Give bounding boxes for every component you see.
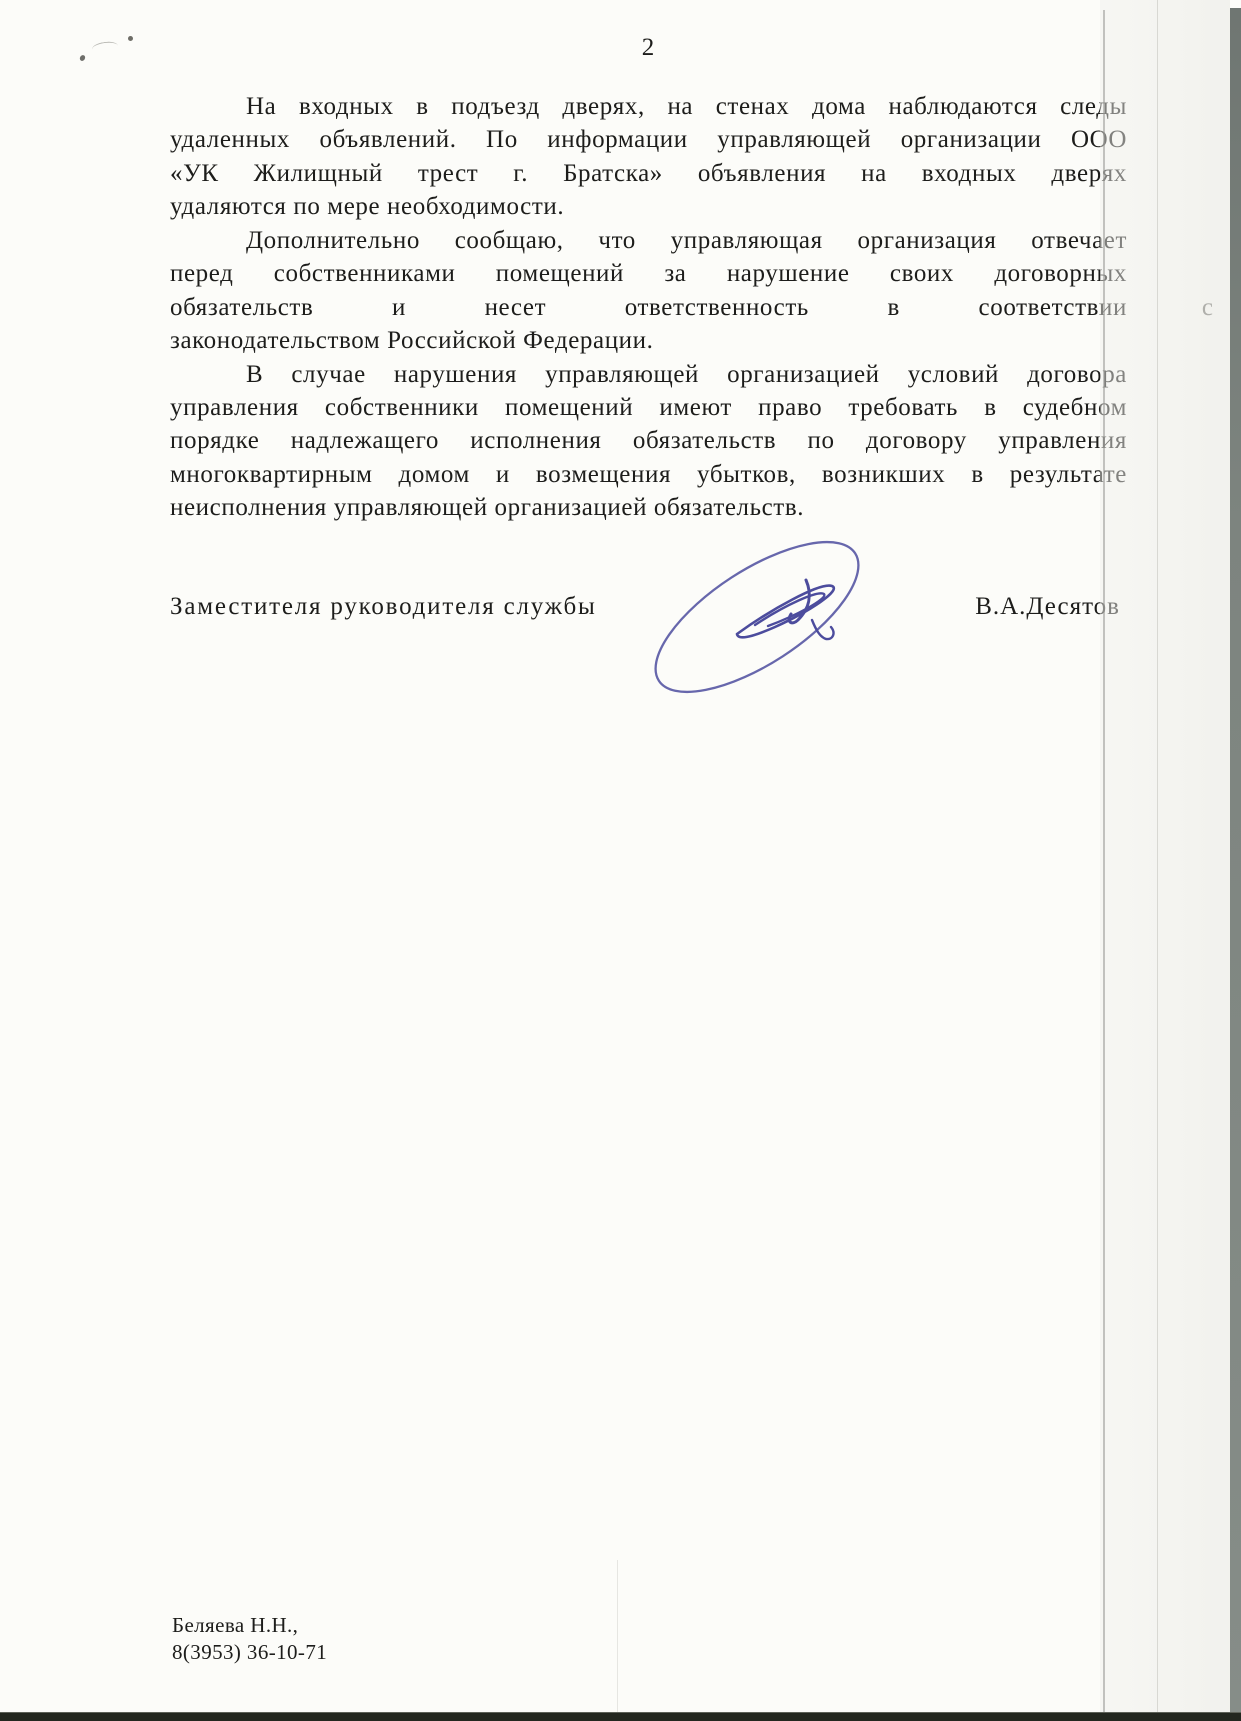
pen-mark bbox=[79, 54, 86, 62]
text-line: порядке надлежащего исполнения обязатель… bbox=[170, 424, 1127, 457]
text-line: многоквартирным домом и возмещения убытк… bbox=[170, 458, 1127, 491]
text-line: «УК Жилищный трест г. Братска» объявлени… bbox=[170, 157, 1127, 190]
scan-edge-right bbox=[1230, 8, 1241, 1721]
scanned-document-page: 2 На входных в подъезд дверях, на стенах… bbox=[0, 0, 1241, 1721]
fold-line bbox=[617, 1560, 618, 1712]
text-line: удаляются по мере необходимости. bbox=[170, 190, 1127, 223]
text-line: удаленных объявлений. По информации упра… bbox=[170, 123, 1127, 156]
signature-title: Заместителя руководителя службы bbox=[170, 592, 597, 622]
page-number: 2 bbox=[170, 34, 1127, 62]
signature-ink bbox=[640, 528, 880, 703]
pen-mark bbox=[128, 36, 133, 41]
paragraph: В случае нарушения управляющей организац… bbox=[170, 358, 1127, 525]
fold-line bbox=[1103, 10, 1105, 1715]
footer-contact: Беляева Н.Н., 8(3953) 36-10-71 bbox=[172, 1612, 327, 1666]
pen-mark bbox=[91, 40, 118, 55]
text-line: законодательством Российской Федерации. bbox=[170, 324, 1127, 357]
scan-edge-bottom bbox=[0, 1712, 1241, 1721]
text-line: управления собственники помещений имеют … bbox=[170, 391, 1127, 424]
handwritten-signature bbox=[640, 528, 880, 703]
signature-name: В.А.Десятов bbox=[975, 592, 1120, 622]
text-line: неисполнения управляющей организацией об… bbox=[170, 491, 1127, 524]
paragraph: На входных в подъезд дверях, на стенах д… bbox=[170, 90, 1127, 224]
text-line-overflow-word: с bbox=[1202, 291, 1213, 324]
footer-contact-name: Беляева Н.Н., bbox=[172, 1612, 327, 1639]
text-line: перед собственниками помещений за наруше… bbox=[170, 257, 1127, 290]
body-text: На входных в подъезд дверях, на стенах д… bbox=[170, 90, 1127, 525]
text-line: Дополнительно сообщаю, что управляющая о… bbox=[170, 224, 1127, 257]
paragraph: Дополнительно сообщаю, что управляющая о… bbox=[170, 224, 1127, 358]
fold-line bbox=[1157, 0, 1158, 1712]
text-line: На входных в подъезд дверях, на стенах д… bbox=[170, 90, 1127, 123]
footer-phone: 8(3953) 36-10-71 bbox=[172, 1639, 327, 1666]
text-line: В случае нарушения управляющей организац… bbox=[170, 358, 1127, 391]
text-line: обязательств и несет ответственность в с… bbox=[170, 291, 1127, 324]
